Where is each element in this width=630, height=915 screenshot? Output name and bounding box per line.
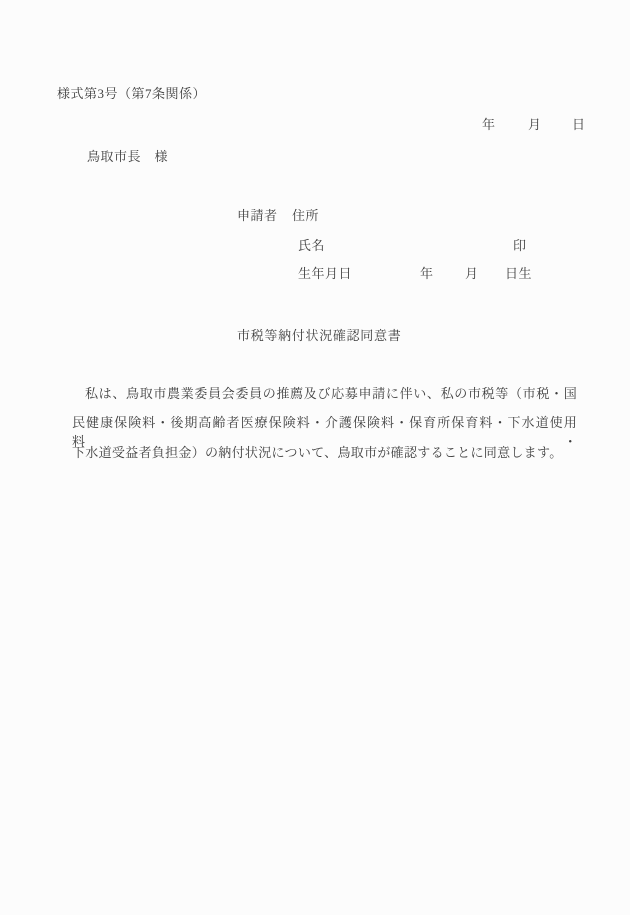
document-title: 市税等納付状況確認同意書 [237, 325, 401, 344]
consent-form-page: 様式第3号（第7条関係） 年 月 日 鳥取市長 様 申請者 住所 氏名 印 生年… [0, 0, 630, 915]
form-number: 様式第3号（第7条関係） [57, 83, 206, 102]
birth-day-label: 日生 [505, 263, 532, 282]
date-month-label: 月 [528, 114, 542, 133]
address-label: 住所 [292, 205, 319, 224]
date-day-label: 日 [572, 114, 586, 133]
name-label: 氏名 [298, 235, 325, 254]
seal-label: 印 [513, 235, 527, 254]
date-year-label: 年 [482, 114, 496, 133]
addressee: 鳥取市長 様 [87, 146, 168, 165]
applicant-label: 申請者 [237, 205, 278, 224]
birth-year-label: 年 [420, 263, 434, 282]
consent-paragraph-line: 私は、鳥取市農業委員会委員の推薦及び応募申請に伴い、私の市税等（市税・国 [72, 383, 577, 402]
birth-month-label: 月 [465, 263, 479, 282]
consent-paragraph-line: 下水道受益者負担金）の納付状況について、鳥取市が確認することに同意します。 [72, 442, 577, 461]
birthdate-label: 生年月日 [298, 263, 352, 282]
